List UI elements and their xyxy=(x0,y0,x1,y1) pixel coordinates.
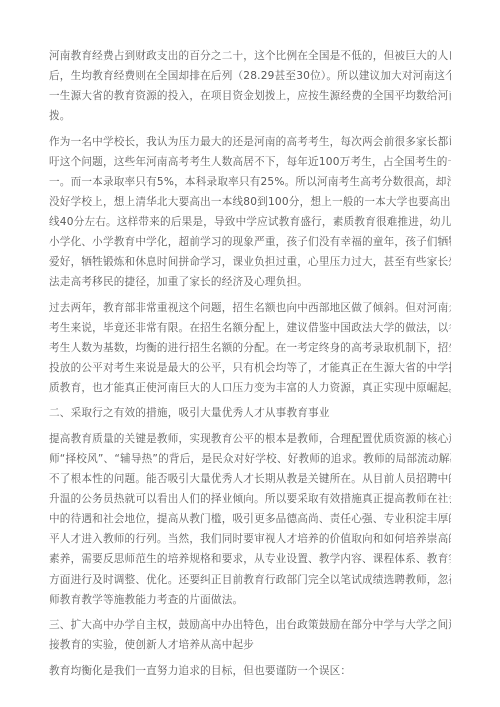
text-line: 拨。 xyxy=(49,106,451,126)
heading-line: 三、扩大高中办学自主权，鼓励高中办出特色，出台政策鼓励在部分中学与大学之间进行衔 xyxy=(49,615,451,635)
heading-line: 接教育的实验，使创新人才培养从高中起步 xyxy=(49,635,451,655)
section-heading-3: 三、扩大高中办学自主权，鼓励高中办出特色，出台政策鼓励在部分中学与大学之间进行衔… xyxy=(49,615,451,655)
text-line: 投放的公平对考生来说是最大的公平，只有机会均等了，才能真正在生源大省的中学推进素 xyxy=(49,358,451,378)
section-heading-2: 二、采取行之有效的措施，吸引大量优秀人才从事教育事业 xyxy=(49,403,451,423)
text-line: 爱好，牺牲锻炼和休息时间拼命学习，课业负担过重，心里压力过大，甚至有些家长想方设 xyxy=(49,252,451,272)
text-line: 中的待遇和社会地位，提高从教门槛，吸引更多品德高尚、责任心强、专业积淀丰厚的高水 xyxy=(49,509,451,529)
text-line: 师“择校风”、“辅导热”的背后，是民众对好学校、好教师的追求。教师的局部流动解决 xyxy=(49,449,451,469)
text-line: 方面进行及时调整、优化。还要纠正目前教育行政部门完全以笔试成绩选聘教师，忽视对教 xyxy=(49,570,451,590)
text-line: 吁这个问题，这些年河南高考考生人数高居不下，每年近100万考生，占全国考生的十分… xyxy=(49,152,451,172)
text-line: 师教育教学等施教能力考查的片面做法。 xyxy=(49,590,451,610)
text-line: 教育均衡化是我们一直努力追求的目标，但也要谨防一个误区： xyxy=(49,661,451,681)
text-line: 考生人数为基数，均衡的进行招生名额的分配。在一考定终身的高考录取机制下，招生名额 xyxy=(49,338,451,358)
text-line: 提高教育质量的关键是教师，实现教育公平的根本是教师，合理配置优质资源的核心还是教 xyxy=(49,429,451,449)
text-line: 河南教育经费占到财政支出的百分之二十，这个比例在全国是不低的，但被巨大的人口平均 xyxy=(49,46,451,66)
text-line: 一。而一本录取率只有5%，本科录取率只有25%。所以河南考生高考分数很高，却没学… xyxy=(49,172,451,192)
document-page: 河南教育经费占到财政支出的百分之二十，这个比例在全国是不低的，但被巨大的人口平均… xyxy=(49,46,451,686)
text-line: 小学化、小学教育中学化，超前学习的现象严重，孩子们没有幸福的童年，孩子们牺牲个人 xyxy=(49,232,451,252)
text-line: 不了根本性的问题。能否吸引大量优秀人才长期从教是关键所在。从目前人员招聘中的急剧 xyxy=(49,469,451,489)
text-line: 平人才进入教师的行列。当然，我们同时要审视人才培养的价值取向和如何培养崇高的职业 xyxy=(49,529,451,549)
heading-line: 二、采取行之有效的措施，吸引大量优秀人才从事教育事业 xyxy=(49,403,451,423)
paragraph-education-funding: 河南教育经费占到财政支出的百分之二十，这个比例在全国是不低的，但被巨大的人口平均… xyxy=(49,46,451,126)
text-line: 一生源大省的教育资源的投入，在项目资金划拨上，应按生源经费的全国平均数给河南划 xyxy=(49,86,451,106)
text-line: 过去两年，教育部非常重视这个问题，招生名额也向中西部地区做了倾斜。但对河南众多的 xyxy=(49,298,451,318)
paragraph-balance: 教育均衡化是我们一直努力追求的目标，但也要谨防一个误区： xyxy=(49,661,451,681)
text-line: 素养，需要反思师范生的培养规格和要求，从专业设置、教学内容、课程体系、教育实践各 xyxy=(49,549,451,569)
text-line: 作为一名中学校长，我认为压力最大的还是河南的高考考生，每次两会前很多家长都让我呼 xyxy=(49,132,451,152)
text-line: 没好学校上，想上清华北大要高出一本线80到100分，想上一般的一本大学也要高出一… xyxy=(49,192,451,212)
text-line: 质教育，也才能真正使河南巨大的人口压力变为丰富的人力资源，真正实现中原崛起。 xyxy=(49,378,451,398)
text-line: 法走高考移民的捷径，加重了家长的经济及心理负担。 xyxy=(49,272,451,292)
text-line: 考生来说，毕竟还非常有限。在招生名额分配上，建议借鉴中国政法大学的做法，以各省的 xyxy=(49,318,451,338)
paragraph-exam-pressure: 作为一名中学校长，我认为压力最大的还是河南的高考考生，每次两会前很多家长都让我呼… xyxy=(49,132,451,293)
paragraph-enrollment-quota: 过去两年，教育部非常重视这个问题，招生名额也向中西部地区做了倾斜。但对河南众多的… xyxy=(49,298,451,398)
text-line: 线40分左右。这样带来的后果是，导致中学应试教育盛行，素质教育很难推进，幼儿教育 xyxy=(49,212,451,232)
text-line: 后，生均教育经费则在全国却排在后列（28.29甚至30位）。所以建议加大对河南这… xyxy=(49,66,451,86)
text-line: 升温的公务员热就可以看出人们的择业倾向。所以要采取有效措施真正提高教师在社会人群 xyxy=(49,489,451,509)
paragraph-teachers: 提高教育质量的关键是教师，实现教育公平的根本是教师，合理配置优质资源的核心还是教… xyxy=(49,429,451,610)
